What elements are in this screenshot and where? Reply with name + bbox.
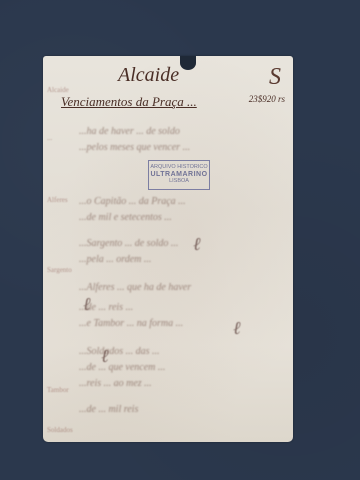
margin-note: Sargento [47, 266, 72, 274]
text-line: ...e Tambor ... na forma ... [79, 318, 183, 329]
text-line: ...de mil e setecentos ... [79, 212, 172, 223]
margin-note: Soldados [47, 426, 73, 434]
ink-flourish: ℓ [83, 294, 91, 315]
ink-flourish: ℓ [193, 234, 201, 255]
text-line: ...Sargento ... de soldo ... [79, 238, 178, 249]
ink-flourish: ℓ [233, 318, 241, 339]
text-line: ...ha de haver ... de soldo [79, 126, 180, 137]
text-line: ...reis ... ao mez ... [79, 378, 152, 389]
document-title: Alcaide [118, 64, 179, 87]
text-line: ...Soldados ... das ... [79, 346, 160, 357]
stamp-line: ULTRAMARINO [149, 171, 209, 178]
text-line: ...Alferes ... que ha de haver [79, 282, 191, 293]
text-line: ...pela ... ordem ... [79, 254, 151, 265]
top-right-mark: S [269, 64, 281, 91]
margin-note: Tambor [47, 386, 69, 394]
ink-flourish: ℓ [101, 346, 109, 367]
document-heading: Venciamentos da Praça ... [61, 94, 197, 110]
text-line: ...pelos meses que vencer ... [79, 142, 190, 153]
margin-note: Alcaide [47, 86, 69, 94]
margin-note: ... [47, 134, 52, 142]
archive-stamp: ARQUIVO HISTORICO ULTRAMARINO LISBOA [148, 160, 210, 190]
text-line: ...o Capitão ... da Praça ... [79, 196, 186, 207]
binding-hole [180, 56, 196, 70]
stamp-line: LISBOA [149, 178, 209, 185]
manuscript-page: Alcaide S 23$920 rs Venciamentos da Praç… [43, 56, 293, 442]
margin-note: Alferes [47, 196, 68, 204]
amount-value: 23$920 rs [249, 94, 285, 104]
text-line: ...de ... mil reis [79, 404, 138, 415]
stamp-line: ARQUIVO HISTORICO [149, 164, 209, 171]
text-line: ...de ... que vencem ... [79, 362, 165, 373]
